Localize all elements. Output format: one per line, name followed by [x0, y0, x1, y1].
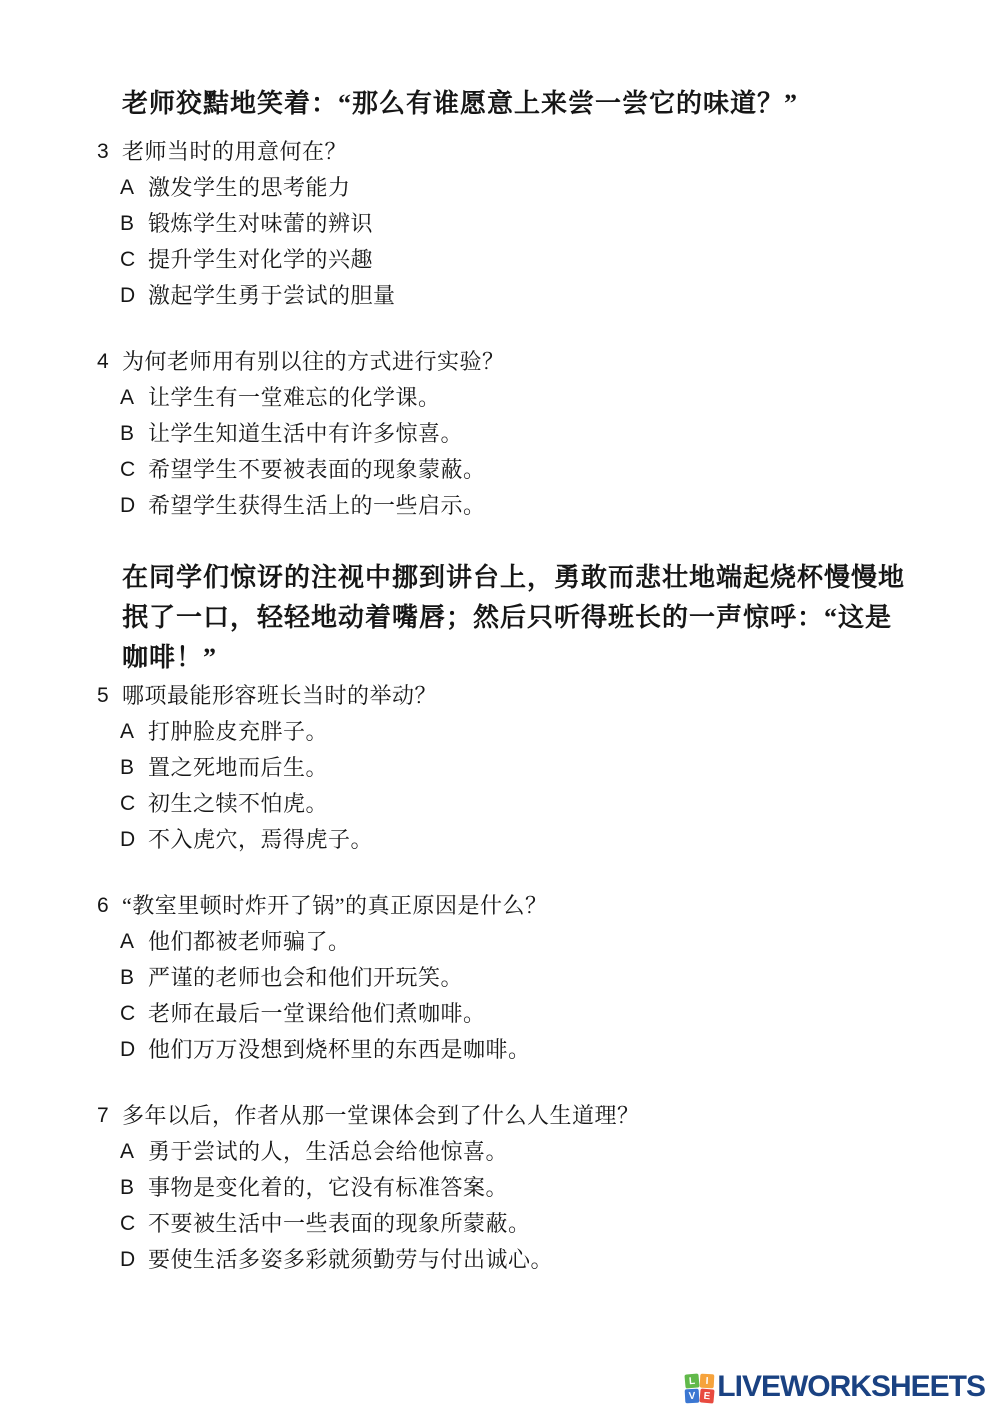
- option-text: 勇于尝试的人，生活总会给他惊喜。: [148, 1134, 508, 1170]
- option-letter: A: [120, 924, 148, 960]
- option-text: 事物是变化着的，它没有标准答案。: [148, 1170, 508, 1206]
- option-text: 他们万万没想到烧杯里的东西是咖啡。: [148, 1032, 531, 1068]
- option-letter: A: [120, 380, 148, 416]
- question-7-title: 7 多年以后，作者从那一堂课体会到了什么人生道理？: [97, 1098, 980, 1134]
- option-text: 不要被生活中一些表面的现象所蒙蔽。: [148, 1206, 531, 1242]
- question-number: 4: [97, 344, 122, 380]
- option-letter: B: [120, 750, 148, 786]
- question-number: 7: [97, 1098, 122, 1134]
- option-text: 提升学生对化学的兴趣: [148, 242, 373, 278]
- question-6-option-c[interactable]: C 老师在最后一堂课给他们煮咖啡。: [120, 996, 980, 1032]
- option-text: 老师在最后一堂课给他们煮咖啡。: [148, 996, 486, 1032]
- question-6: 6 “教室里顿时炸开了锅”的真正原因是什么？ A 他们都被老师骗了。 B 严谨的…: [97, 888, 980, 1068]
- question-7-option-b[interactable]: B 事物是变化着的，它没有标准答案。: [120, 1170, 980, 1206]
- question-text: 多年以后，作者从那一堂课体会到了什么人生道理？: [122, 1098, 640, 1134]
- liveworksheets-logo[interactable]: L I V E LIVEWORKSHEETS: [685, 1370, 985, 1404]
- passage-2-line: 咖啡！”: [122, 638, 980, 678]
- question-4-option-d[interactable]: D 希望学生获得生活上的一些启示。: [120, 488, 980, 524]
- logo-square-i: I: [700, 1373, 715, 1388]
- option-letter: C: [120, 786, 148, 822]
- question-7-option-c[interactable]: C 不要被生活中一些表面的现象所蒙蔽。: [120, 1206, 980, 1242]
- option-letter: D: [120, 278, 148, 314]
- option-text: 置之死地而后生。: [148, 750, 328, 786]
- liveworksheets-wordmark: LIVEWORKSHEETS: [717, 1370, 985, 1404]
- option-text: 打肿脸皮充胖子。: [148, 714, 328, 750]
- option-letter: A: [120, 170, 148, 206]
- question-7-option-a[interactable]: A 勇于尝试的人，生活总会给他惊喜。: [120, 1134, 980, 1170]
- question-7: 7 多年以后，作者从那一堂课体会到了什么人生道理？ A 勇于尝试的人，生活总会给…: [97, 1098, 980, 1278]
- option-letter: D: [120, 488, 148, 524]
- question-3-option-b[interactable]: B 锻炼学生对味蕾的辨识: [120, 206, 980, 242]
- question-number: 5: [97, 678, 122, 714]
- question-text: 为何老师用有别以往的方式进行实验？: [122, 344, 505, 380]
- passage-1-line: 老师狡黠地笑着：“那么有谁愿意上来尝一尝它的味道？”: [122, 84, 980, 124]
- question-4-option-a[interactable]: A 让学生有一堂难忘的化学课。: [120, 380, 980, 416]
- logo-square-e: E: [700, 1388, 715, 1403]
- option-letter: C: [120, 452, 148, 488]
- option-letter: B: [120, 1170, 148, 1206]
- option-text: 让学生有一堂难忘的化学课。: [148, 380, 441, 416]
- worksheet-page: 老师狡黠地笑着：“那么有谁愿意上来尝一尝它的味道？” 3 老师当时的用意何在？ …: [0, 0, 1000, 1414]
- option-letter: C: [120, 1206, 148, 1242]
- passage-quote-2: 在同学们惊讶的注视中挪到讲台上，勇敢而悲壮地端起烧杯慢慢地 抿了一口，轻轻地动着…: [122, 558, 980, 678]
- passage-2-line: 在同学们惊讶的注视中挪到讲台上，勇敢而悲壮地端起烧杯慢慢地: [122, 558, 980, 598]
- option-letter: A: [120, 1134, 148, 1170]
- question-5-option-b[interactable]: B 置之死地而后生。: [120, 750, 980, 786]
- option-letter: C: [120, 996, 148, 1032]
- question-4-title: 4 为何老师用有别以往的方式进行实验？: [97, 344, 980, 380]
- option-text: 要使生活多姿多彩就须勤劳与付出诚心。: [148, 1242, 553, 1278]
- option-letter: A: [120, 714, 148, 750]
- passage-2-line: 抿了一口，轻轻地动着嘴唇；然后只听得班长的一声惊呼：“这是: [122, 598, 980, 638]
- question-number: 6: [97, 888, 122, 924]
- liveworksheets-icon: L I V E: [685, 1374, 714, 1403]
- option-text: 锻炼学生对味蕾的辨识: [148, 206, 373, 242]
- option-letter: B: [120, 416, 148, 452]
- question-3-title: 3 老师当时的用意何在？: [97, 134, 980, 170]
- logo-square-l: L: [685, 1373, 700, 1388]
- question-text: “教室里顿时炸开了锅”的真正原因是什么？: [122, 888, 548, 924]
- option-text: 让学生知道生活中有许多惊喜。: [148, 416, 463, 452]
- option-letter: B: [120, 206, 148, 242]
- question-3-option-d[interactable]: D 激起学生勇于尝试的胆量: [120, 278, 980, 314]
- option-text: 激起学生勇于尝试的胆量: [148, 278, 396, 314]
- question-4: 4 为何老师用有别以往的方式进行实验？ A 让学生有一堂难忘的化学课。 B 让学…: [97, 344, 980, 524]
- question-6-title: 6 “教室里顿时炸开了锅”的真正原因是什么？: [97, 888, 980, 924]
- question-5-option-c[interactable]: C 初生之犊不怕虎。: [120, 786, 980, 822]
- question-5: 5 哪项最能形容班长当时的举动？ A 打肿脸皮充胖子。 B 置之死地而后生。 C…: [97, 678, 980, 858]
- question-text: 老师当时的用意何在？: [122, 134, 347, 170]
- question-number: 3: [97, 134, 122, 170]
- question-text: 哪项最能形容班长当时的举动？: [122, 678, 437, 714]
- option-letter: D: [120, 1242, 148, 1278]
- option-letter: D: [120, 822, 148, 858]
- option-text: 希望学生不要被表面的现象蒙蔽。: [148, 452, 486, 488]
- option-letter: B: [120, 960, 148, 996]
- question-4-option-b[interactable]: B 让学生知道生活中有许多惊喜。: [120, 416, 980, 452]
- question-3-option-c[interactable]: C 提升学生对化学的兴趣: [120, 242, 980, 278]
- question-5-option-d[interactable]: D 不入虎穴，焉得虎子。: [120, 822, 980, 858]
- option-text: 初生之犊不怕虎。: [148, 786, 328, 822]
- question-5-title: 5 哪项最能形容班长当时的举动？: [97, 678, 980, 714]
- question-6-option-a[interactable]: A 他们都被老师骗了。: [120, 924, 980, 960]
- logo-square-v: V: [685, 1388, 700, 1403]
- question-6-option-d[interactable]: D 他们万万没想到烧杯里的东西是咖啡。: [120, 1032, 980, 1068]
- question-3: 3 老师当时的用意何在？ A 激发学生的思考能力 B 锻炼学生对味蕾的辨识 C …: [97, 134, 980, 314]
- option-letter: D: [120, 1032, 148, 1068]
- option-text: 他们都被老师骗了。: [148, 924, 351, 960]
- option-text: 希望学生获得生活上的一些启示。: [148, 488, 486, 524]
- question-3-option-a[interactable]: A 激发学生的思考能力: [120, 170, 980, 206]
- option-letter: C: [120, 242, 148, 278]
- question-4-option-c[interactable]: C 希望学生不要被表面的现象蒙蔽。: [120, 452, 980, 488]
- question-7-option-d[interactable]: D 要使生活多姿多彩就须勤劳与付出诚心。: [120, 1242, 980, 1278]
- option-text: 激发学生的思考能力: [148, 170, 351, 206]
- question-5-option-a[interactable]: A 打肿脸皮充胖子。: [120, 714, 980, 750]
- passage-quote-1: 老师狡黠地笑着：“那么有谁愿意上来尝一尝它的味道？”: [122, 84, 980, 124]
- question-6-option-b[interactable]: B 严谨的老师也会和他们开玩笑。: [120, 960, 980, 996]
- option-text: 严谨的老师也会和他们开玩笑。: [148, 960, 463, 996]
- option-text: 不入虎穴，焉得虎子。: [148, 822, 373, 858]
